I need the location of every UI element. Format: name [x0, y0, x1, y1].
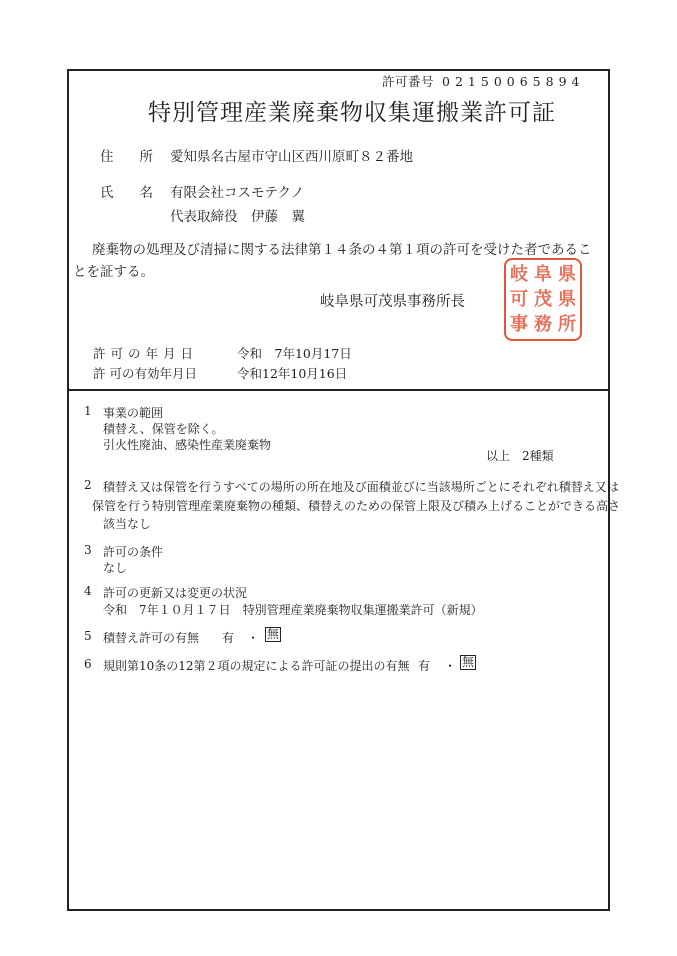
seal-char: 務: [534, 316, 552, 334]
selected-box: 無: [265, 627, 281, 642]
permit-date-label: 許可の年月日: [93, 344, 198, 362]
address-value: 愛知県名古屋市守山区西川原町８２番地: [170, 145, 413, 165]
seal-column: 岐 可 事: [510, 262, 528, 337]
item-heading: 許可の条件: [103, 543, 163, 560]
item-number: 5: [84, 629, 92, 643]
name-label-char: 名: [140, 185, 154, 201]
yes-option: 有: [418, 657, 430, 674]
seal-column: 阜 茂 務: [534, 262, 552, 337]
permit-date-value: 令和 7年10月17日: [237, 344, 352, 362]
document-title: 特別管理産業廃棄物収集運搬業許可証: [148, 94, 556, 127]
item-heading: 規則第10条の12第２項の規定による許可証の提出の有無: [103, 657, 410, 674]
item-number: 6: [84, 657, 92, 671]
permit-number-label: 許可番号: [382, 74, 434, 89]
representative-name: 代表取締役 伊藤 翼: [170, 205, 305, 225]
address-label: 住所: [100, 145, 153, 165]
permit-number-value: 02150065894: [442, 74, 584, 89]
certification-text-line1: 廃棄物の処理及び清掃に関する法律第１４条の４第１項の許可を受けた者であるこ: [92, 238, 592, 258]
item-line: なし: [103, 559, 127, 576]
item-line: 引火性廃油、感染性産業廃棄物: [103, 436, 271, 453]
permit-number: 許可番号02150065894: [382, 72, 585, 90]
selected-box: 無: [460, 655, 476, 670]
seal-char: 可: [510, 291, 528, 309]
option-separator: ・: [247, 629, 259, 646]
seal-char: 県: [558, 291, 576, 309]
certification-text-line2: とを証する。: [73, 260, 154, 280]
item-line: 令和 7年１０月１７日 特別管理産業廃棄物収集運搬業許可（新規）: [103, 601, 483, 618]
name-label: 氏名: [100, 181, 153, 201]
item-number: 2: [84, 478, 92, 492]
option-separator: ・: [444, 657, 456, 674]
item-heading: 積替え又は保管を行うすべての場所の所在地及び面積並びに当該場所ごとにそれぞれ積替…: [103, 478, 619, 495]
seal-column: 県 県 所: [558, 262, 576, 337]
seal-char: 県: [558, 266, 576, 284]
seal-char: 茂: [534, 291, 552, 309]
section-divider: [67, 389, 610, 391]
item-total: 以上 2種類: [486, 447, 554, 464]
seal-char: 所: [558, 316, 576, 334]
item-number: 3: [84, 543, 92, 557]
expiry-date-label: 許 可の有効年月日: [93, 364, 197, 382]
expiry-date-value: 令和12年10月16日: [237, 364, 347, 382]
seal-char: 阜: [534, 266, 552, 284]
item-number: 1: [84, 404, 92, 418]
item-number: 4: [84, 584, 92, 598]
name-label-char: 氏: [100, 185, 114, 201]
seal-char: 岐: [510, 266, 528, 284]
company-name: 有限会社コスモテクノ: [170, 181, 304, 201]
address-label-char: 住: [100, 149, 114, 165]
item-heading: 許可の更新又は変更の状況: [103, 584, 247, 601]
address-label-char: 所: [140, 149, 154, 165]
item-line: 該当なし: [103, 515, 151, 532]
no-option-selected: 無: [460, 655, 476, 670]
no-option-selected: 無: [265, 627, 281, 642]
seal-char: 事: [510, 316, 528, 334]
item-line: 積替え、保管を除く。: [103, 420, 223, 437]
issuer-name: 岐阜県可茂県事務所長: [320, 290, 465, 311]
item-heading: 積替え許可の有無: [103, 629, 199, 646]
yes-option: 有: [222, 629, 234, 646]
item-heading: 事業の範囲: [103, 404, 163, 421]
official-seal-stamp: 県 県 所 阜 茂 務 岐 可 事: [504, 258, 582, 341]
item-heading-continued: 保管を行う特別管理産業廃棄物の種類、積替えのための保管上限及び積み上げることがで…: [92, 497, 620, 514]
